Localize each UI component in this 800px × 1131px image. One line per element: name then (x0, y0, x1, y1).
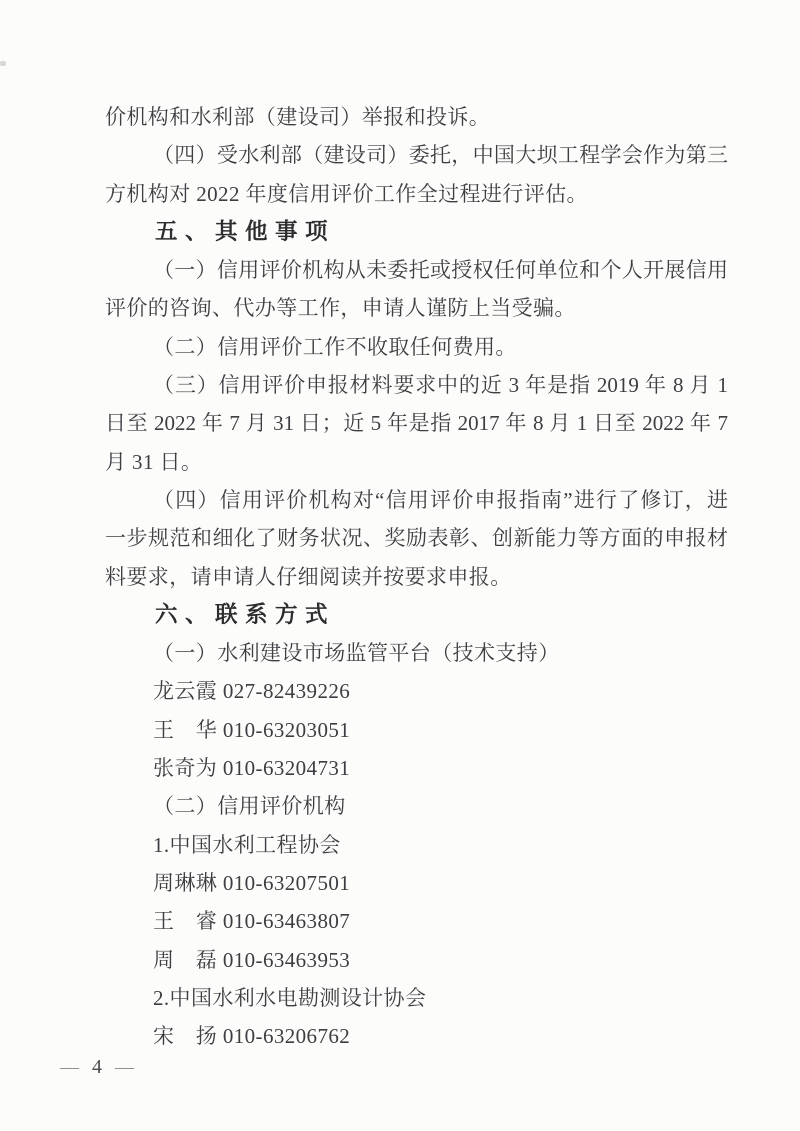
contact-line: 宋 扬 010-63206762 (105, 1017, 728, 1055)
paragraph-line: （二）信用评价工作不收取任何费用。 (105, 328, 728, 366)
scan-artifact (0, 61, 6, 66)
paragraph-line: 料要求，请申请人仔细阅读并按要求申报。 (105, 558, 728, 596)
paragraph-line: （四）受水利部（建设司）委托，中国大坝工程学会作为第三 (105, 136, 728, 174)
paragraph-line: 月 31 日。 (105, 443, 728, 481)
section-heading-contact-info: 六、联系方式 (105, 596, 728, 634)
paragraph-line: 方机构对 2022 年度信用评价工作全过程进行评估。 (105, 175, 728, 213)
contact-section-agencies: （二）信用评价机构 (105, 787, 728, 825)
paragraph-line: 评价的咨询、代办等工作，申请人谨防上当受骗。 (105, 289, 728, 327)
footer-dash-right: — (115, 1057, 135, 1078)
document-body: 价机构和水利部（建设司）举报和投诉。 （四）受水利部（建设司）委托，中国大坝工程… (105, 98, 728, 1055)
paragraph-line: （四）信用评价机构对“信用评价申报指南”进行了修订，进 (105, 481, 728, 519)
paragraph-line: 一步规范和细化了财务状况、奖励表彰、创新能力等方面的申报材 (105, 519, 728, 557)
contact-line: 张奇为 010-63204731 (105, 749, 728, 787)
footer-dash-left: — (60, 1057, 80, 1078)
document-page: 价机构和水利部（建设司）举报和投诉。 （四）受水利部（建设司）委托，中国大坝工程… (0, 0, 800, 1131)
contact-line: 龙云霞 027-82439226 (105, 672, 728, 710)
contact-line: 王 华 010-63203051 (105, 711, 728, 749)
paragraph-line: 日至 2022 年 7 月 31 日；近 5 年是指 2017 年 8 月 1 … (105, 404, 728, 442)
contact-line: 王 睿 010-63463807 (105, 902, 728, 940)
organization-line: 1.中国水利工程协会 (105, 826, 728, 864)
page-number: 4 (92, 1056, 103, 1078)
contact-line: 周 磊 010-63463953 (105, 941, 728, 979)
section-heading-other-matters: 五、其他事项 (105, 213, 728, 251)
paragraph-line: 价机构和水利部（建设司）举报和投诉。 (105, 98, 728, 136)
paragraph-line: （三）信用评价申报材料要求中的近 3 年是指 2019 年 8 月 1 (105, 366, 728, 404)
organization-line: 2.中国水利水电勘测设计协会 (105, 979, 728, 1017)
paragraph-line: （一）信用评价机构从未委托或授权任何单位和个人开展信用 (105, 251, 728, 289)
page-footer: —4— (60, 1056, 135, 1079)
contact-section-platform: （一）水利建设市场监管平台（技术支持） (105, 634, 728, 672)
contact-line: 周琳琳 010-63207501 (105, 864, 728, 902)
